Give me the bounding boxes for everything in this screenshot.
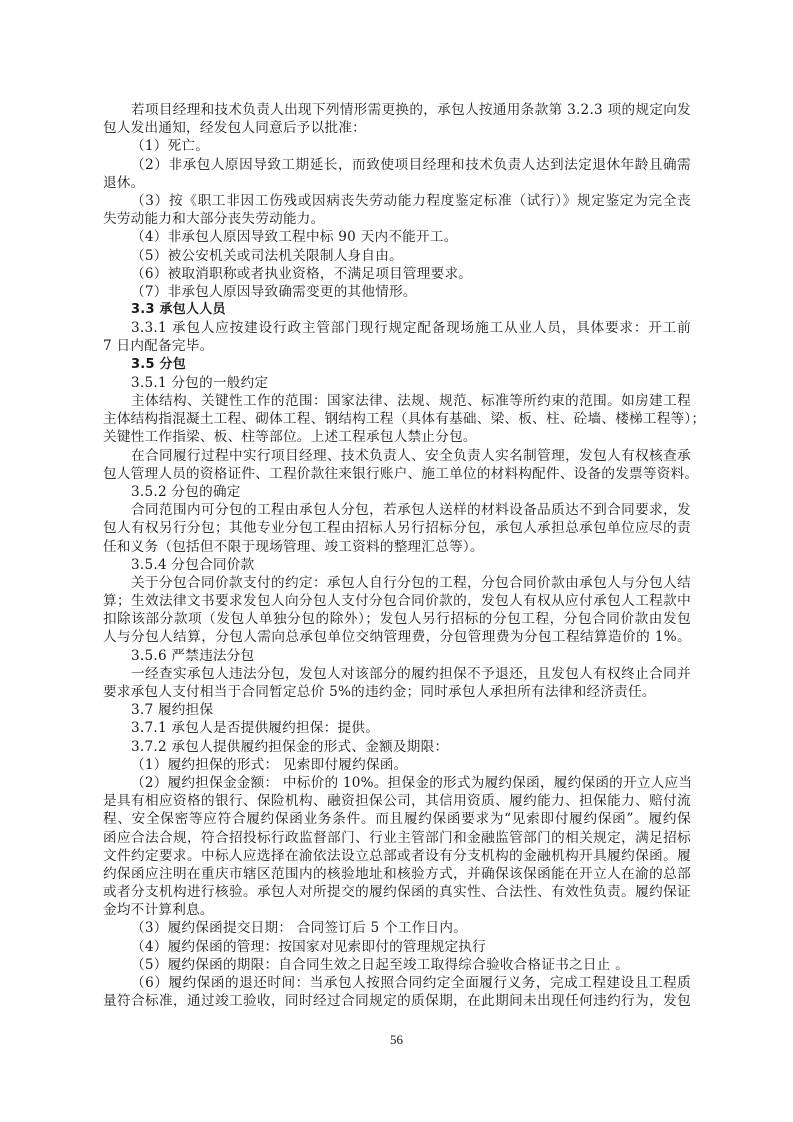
- text-line: 3.5.6 严禁违法分包: [103, 647, 691, 665]
- text-line: 关键性工作指梁、板、柱等部位。上述工程承包人禁止分包。: [103, 428, 691, 446]
- text-line: （6）履约保函的退还时间：当承包人按照合同约定全面履行义务，完成工程建设且工程质: [103, 974, 691, 992]
- text-line: 合同范围内可分包的工程由承包人分包，若承包人送样的材料设备品质达不到合同要求，发: [103, 501, 691, 519]
- text-line: 关于分包合同价款支付的约定：承包人自行分包的工程，分包合同价款由承包人与分包人结: [103, 574, 691, 592]
- text-line: （6）被取消职称或者执业资格，不满足项目管理要求。: [103, 265, 691, 283]
- text-line: 退休。: [103, 174, 691, 192]
- page-number: 56: [0, 1032, 793, 1048]
- text-line: （7）非承包人原因导致确需变更的其他情形。: [103, 283, 691, 301]
- text-line: 一经查实承包人违法分包，发包人对该部分的履约担保不予退还，且发包人有权终止合同并: [103, 665, 691, 683]
- text-line: 扣除该部分款项（发包人单独分包的除外）；发包人另行招标的分包工程，分包合同价款由…: [103, 610, 691, 628]
- text-line: 在合同履行过程中实行项目经理、技术负责人、安全负责人实名制管理，发包人有权核查承: [103, 447, 691, 465]
- section-heading: 3.3 承包人人员: [103, 301, 691, 319]
- document-body: 若项目经理和技术负责人出现下列情形需更换的，承包人按通用条款第 3.2.3 项的…: [103, 101, 691, 1010]
- text-line: 主体结构指混凝土工程、砌体工程、钢结构工程（具体有基础、梁、板、柱、砼墙、楼梯工…: [103, 410, 691, 428]
- text-line: 3.5.1 分包的一般约定: [103, 374, 691, 392]
- section-heading: 3.5 分包: [103, 356, 691, 374]
- text-line: 包人有权另行分包；其他专业分包工程由招标人另行招标分包，承包人承担总承包单位应尽…: [103, 519, 691, 537]
- text-line: 包人管理人员的资格证件、工程价款往来银行账户、施工单位的材料构配件、设备的发票等…: [103, 465, 691, 483]
- text-line: 3.5.2 分包的确定: [103, 483, 691, 501]
- text-line: 3.7 履约担保: [103, 701, 691, 719]
- text-line: 是具有相应资格的银行、保险机构、融资担保公司，其信用资质、履约能力、担保能力、赔…: [103, 792, 691, 810]
- text-line: （5）履约保函的期限：自合同生效之日起至竣工取得综合验收合格证书之日止 。: [103, 956, 691, 974]
- text-line: （2）履约担保金金额： 中标价的 10%。担保金的形式为履约保函，履约保函的开立…: [103, 774, 691, 792]
- text-line: 或者分支机构进行核验。承包人对所提交的履约保函的真实性、合法性、有效性负责。履约…: [103, 883, 691, 901]
- text-line: （1）死亡。: [103, 137, 691, 155]
- text-line: （4）履约保函的管理：按国家对见索即付的管理规定执行: [103, 938, 691, 956]
- text-line: 算；生效法律文书要求发包人向分包人支付分包合同价款的，发包人有权从应付承包人工程…: [103, 592, 691, 610]
- text-line: 要求承包人支付相当于合同暂定总价 5%的违约金；同时承包人承担所有法律和经济责任…: [103, 683, 691, 701]
- text-line: 程、安全保密等应符合履约保函业务条件。而且履约保函要求为“见索即付履约保函”。履…: [103, 810, 691, 828]
- text-line: 金均不计算利息。: [103, 901, 691, 919]
- text-line: 人与分包人结算，分包人需向总承包单位交纳管理费，分包管理费为分包工程结算造价的 …: [103, 628, 691, 646]
- text-line: 7 日内配备完毕。: [103, 337, 691, 355]
- text-line: 若项目经理和技术负责人出现下列情形需更换的，承包人按通用条款第 3.2.3 项的…: [103, 101, 691, 119]
- text-line: 约保函应注明在重庆市辖区范围内的核验地址和核验方式，并确保该保函能在开立人在渝的…: [103, 865, 691, 883]
- text-line: 3.3.1 承包人应按建设行政主管部门现行规定配备现场施工从业人员，具体要求：开…: [103, 319, 691, 337]
- text-line: （2）非承包人原因导致工期延长，而致使项目经理和技术负责人达到法定退休年龄且确需: [103, 156, 691, 174]
- text-line: 3.7.2 承包人提供履约担保金的形式、金额及期限：: [103, 738, 691, 756]
- text-line: （3）履约保函提交日期： 合同签订后 5 个工作日内。: [103, 919, 691, 937]
- text-line: 函应合法合规，符合招投标行政监督部门、行业主管部门和金融监管部门的相关规定，满足…: [103, 829, 691, 847]
- text-line: 3.5.4 分包合同价款: [103, 556, 691, 574]
- text-line: 失劳动能力和大部分丧失劳动能力。: [103, 210, 691, 228]
- text-line: 任和义务（包括但不限于现场管理、竣工资料的整理汇总等）。: [103, 538, 691, 556]
- text-line: （4）非承包人原因导致工程中标 90 天内不能开工。: [103, 228, 691, 246]
- text-line: （5）被公安机关或司法机关限制人身自由。: [103, 247, 691, 265]
- text-line: 主体结构、关键性工作的范围：国家法律、法规、规范、标准等所约束的范围。如房建工程: [103, 392, 691, 410]
- text-line: 3.7.1 承包人是否提供履约担保：提供。: [103, 719, 691, 737]
- text-line: 量符合标准，通过竣工验收，同时经过合同规定的质保期，在此期间未出现任何违约行为，…: [103, 992, 691, 1010]
- text-line: 文件约定要求。中标人应选择在渝依法设立总部或者设有分支机构的金融机构开具履约保函…: [103, 847, 691, 865]
- text-line: （3）按《职工非因工伤残或因病丧失劳动能力程度鉴定标准（试行）》规定鉴定为完全丧: [103, 192, 691, 210]
- text-line: 包人发出通知，经发包人同意后予以批准：: [103, 119, 691, 137]
- text-line: （1）履约担保的形式： 见索即付履约保函。: [103, 756, 691, 774]
